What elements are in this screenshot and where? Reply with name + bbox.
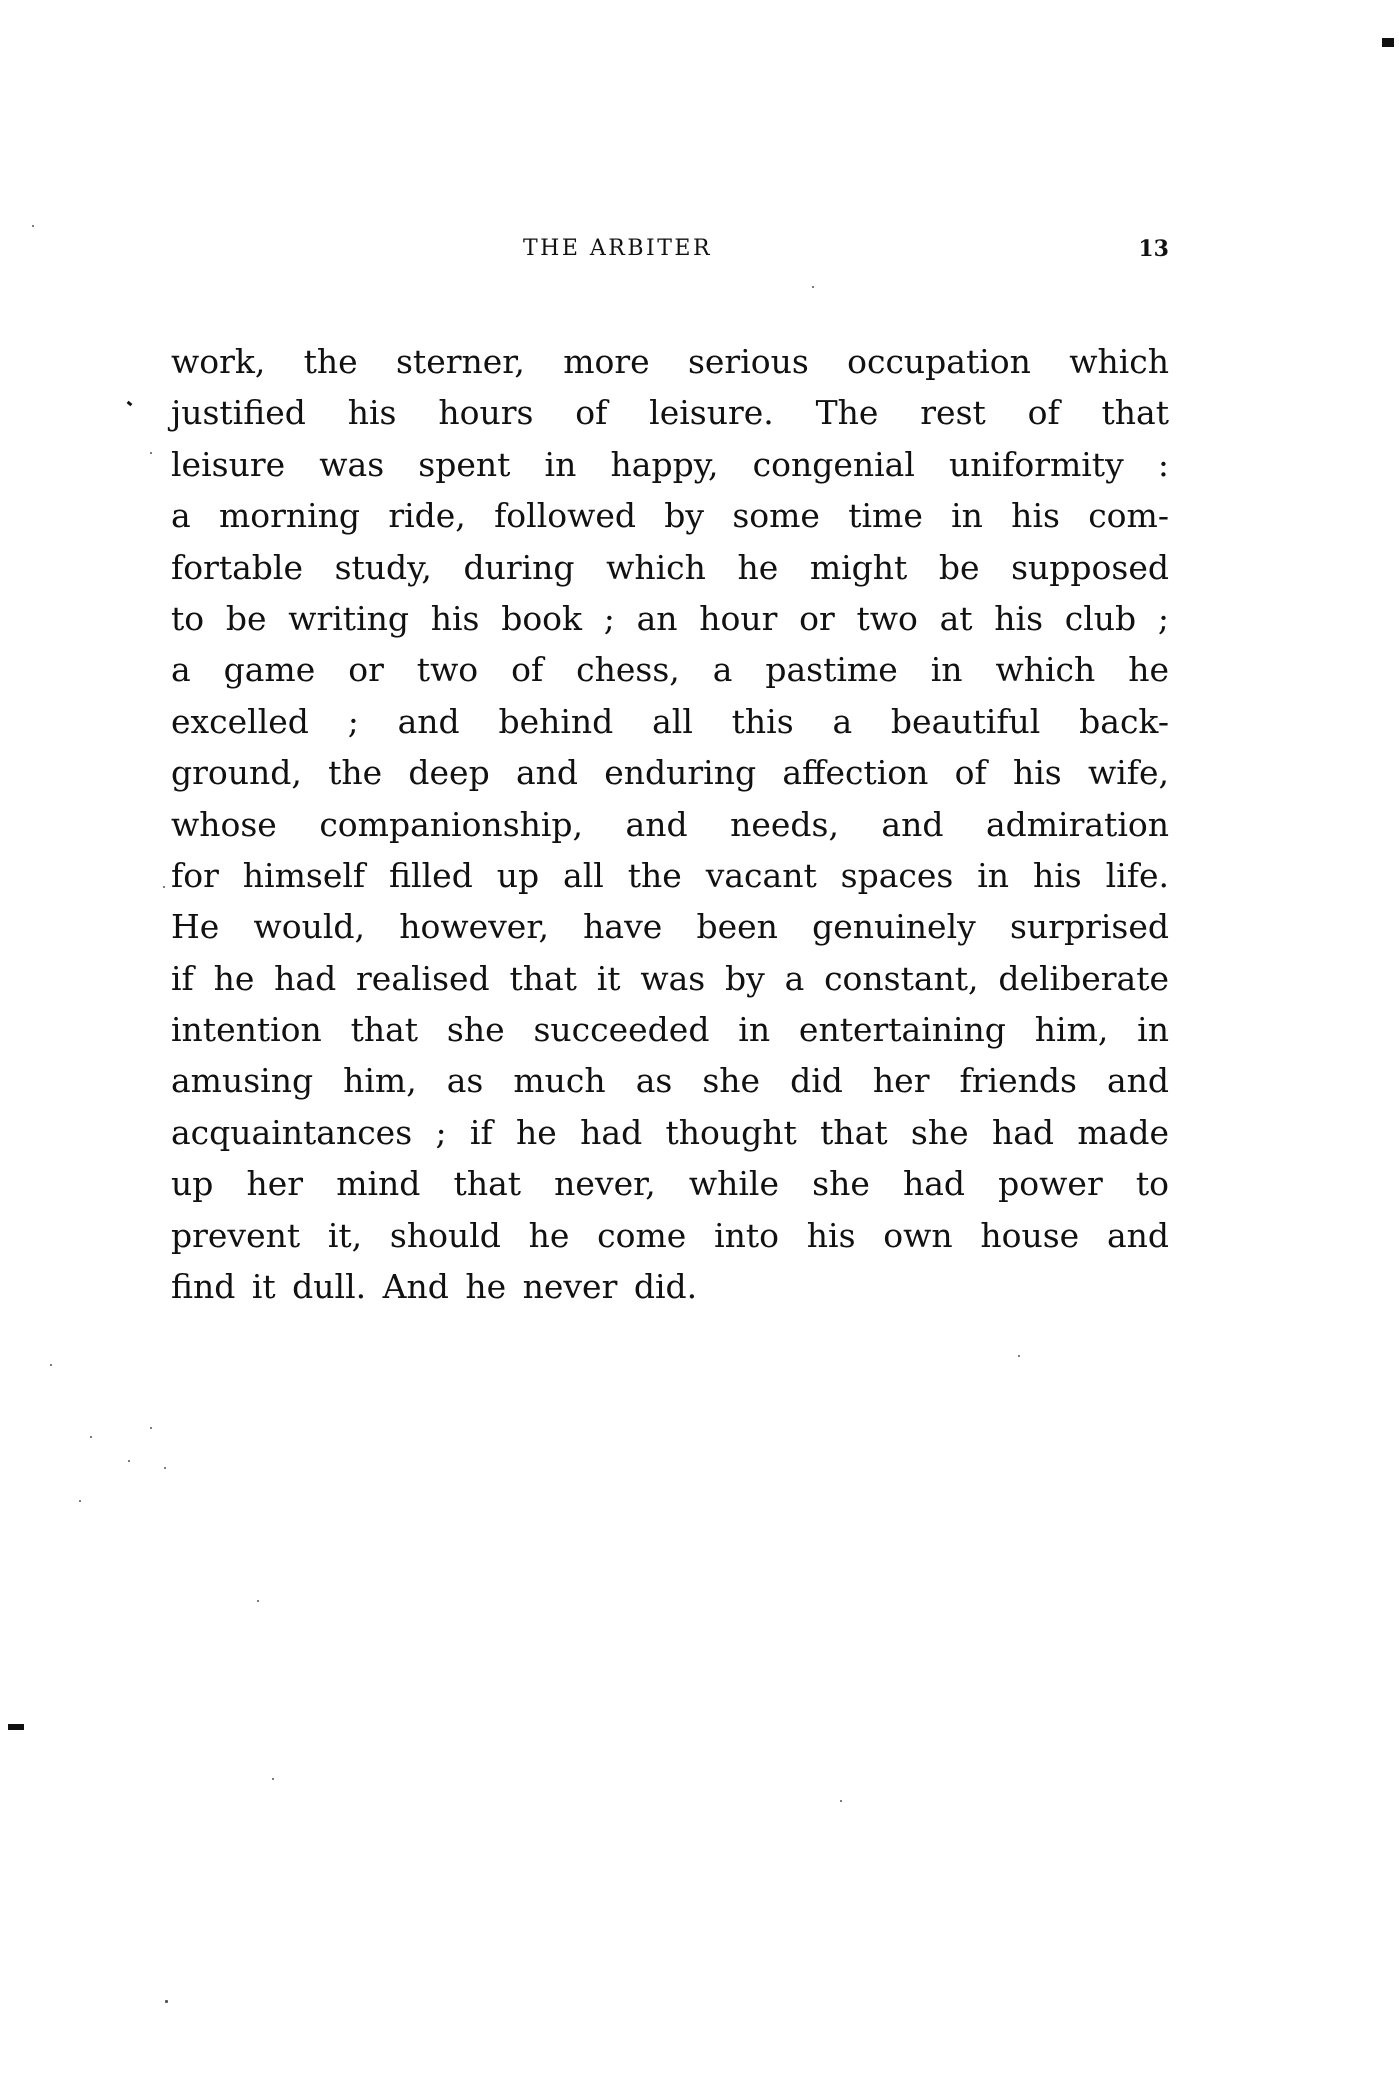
running-head: THE ARBITER 13 xyxy=(171,234,1169,264)
text-line: a morning ride, followed by some time in… xyxy=(171,490,1169,541)
text-line: amusing him, as much as she did her frie… xyxy=(171,1055,1169,1106)
scan-speck xyxy=(257,1600,259,1602)
scan-speck xyxy=(90,1436,92,1438)
text-line: excelled ; and behind all this a beautif… xyxy=(171,696,1169,747)
text-line: ground, the deep and enduring affection … xyxy=(171,747,1169,798)
scan-speck xyxy=(272,1778,274,1780)
text-line: up her mind that never, while she had po… xyxy=(171,1158,1169,1209)
scan-speck xyxy=(79,1500,81,1502)
scan-mark-margin-tick xyxy=(127,401,133,407)
scan-speck xyxy=(150,452,152,454)
scan-speck xyxy=(163,886,165,888)
text-line: for himself filled up all the vacant spa… xyxy=(171,850,1169,901)
scan-speck xyxy=(32,225,34,227)
text-line: whose companionship, and needs, and admi… xyxy=(171,799,1169,850)
scan-speck xyxy=(150,1427,152,1429)
text-line: work, the sterner, more serious occupati… xyxy=(171,336,1169,387)
text-line: a game or two of chess, a pastime in whi… xyxy=(171,644,1169,695)
scan-speck xyxy=(840,1800,842,1802)
text-line: acquaintances ; if he had thought that s… xyxy=(171,1107,1169,1158)
text-line: leisure was spent in happy, congenial un… xyxy=(171,439,1169,490)
page-number: 13 xyxy=(1138,234,1169,264)
text-line: intention that she succeeded in entertai… xyxy=(171,1004,1169,1055)
scan-speck xyxy=(128,1460,130,1462)
scan-speck xyxy=(50,1364,52,1366)
text-line-last: find it dull. And he never did. xyxy=(171,1261,1169,1312)
text-line: He would, however, have been genuinely s… xyxy=(171,901,1169,952)
scan-speck xyxy=(812,286,814,288)
text-line: if he had realised that it was by a cons… xyxy=(171,953,1169,1004)
text-line: justified his hours of leisure. The rest… xyxy=(171,387,1169,438)
body-paragraph: work, the sterner, more serious occupati… xyxy=(171,336,1169,1312)
scan-speck xyxy=(165,2000,168,2003)
text-line: fortable study, during which he might be… xyxy=(171,542,1169,593)
scan-speck xyxy=(1018,1355,1020,1357)
scan-speck xyxy=(164,1467,166,1469)
text-line: prevent it, should he come into his own … xyxy=(171,1210,1169,1261)
text-line: to be writing his book ; an hour or two … xyxy=(171,593,1169,644)
scan-mark-top-right xyxy=(1382,38,1394,47)
scan-mark-bottom-left xyxy=(8,1724,24,1730)
running-title: THE ARBITER xyxy=(523,234,712,264)
